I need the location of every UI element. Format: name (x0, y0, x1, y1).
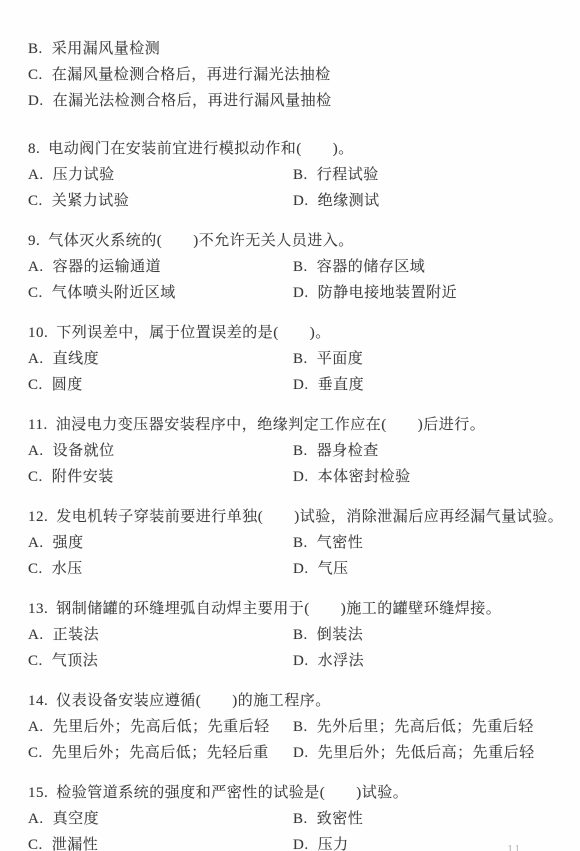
question-number: 10. (28, 325, 48, 341)
option-label: B. (293, 719, 308, 735)
option-label: C. (28, 285, 43, 301)
option-label: B. (28, 41, 43, 57)
option-cell: B.行程试验 (293, 162, 556, 188)
option-label: C. (28, 653, 43, 669)
option-label: B. (293, 351, 308, 367)
option-cell: D.防静电接地装置附近 (293, 280, 556, 306)
option-line: B.采用漏风量检测 (28, 36, 556, 62)
option-line: D.在漏光法检测合格后，再进行漏风量抽检 (28, 88, 556, 114)
option-text: 先里后外；先高后低；先重后轻 (53, 719, 270, 735)
option-label: A. (28, 259, 44, 275)
option-text: 防静电接地装置附近 (318, 285, 458, 301)
option-cell: A.先里后外；先高后低；先重后轻 (28, 714, 293, 740)
option-text: 先里后外；先低后高；先重后轻 (318, 745, 535, 761)
option-text: 在漏风量检测合格后，再进行漏光法抽检 (52, 67, 331, 83)
question-text: 仪表设备安装应遵循( )的施工程序。 (56, 693, 331, 709)
option-text: 关紧力试验 (52, 193, 130, 209)
option-text: 真空度 (53, 811, 100, 827)
option-cell: C.先里后外；先高后低；先轻后重 (28, 740, 293, 766)
option-label: B. (293, 811, 308, 827)
options-grid: A.先里后外；先高后低；先重后轻B.先外后里；先高后低；先重后轻C.先里后外；先… (28, 714, 556, 766)
question-block: 8.电动阀门在安装前宜进行模拟动作和( )。A.压力试验B.行程试验C.关紧力试… (28, 136, 556, 214)
option-text: 气体喷头附近区域 (52, 285, 176, 301)
question-block: 11.油浸电力变压器安装程序中，绝缘判定工作应在( )后进行。A.设备就位B.器… (28, 412, 556, 490)
option-cell: B.容器的储存区域 (293, 254, 556, 280)
option-text: 先外后里；先高后低；先重后轻 (317, 719, 534, 735)
option-label: A. (28, 627, 44, 643)
question-number: 8. (28, 141, 40, 157)
option-text: 气压 (318, 561, 349, 577)
option-label: C. (28, 469, 43, 485)
option-label: C. (28, 745, 43, 761)
option-cell: D.本体密封检验 (293, 464, 556, 490)
option-text: 附件安装 (52, 469, 114, 485)
question-list: 8.电动阀门在安装前宜进行模拟动作和( )。A.压力试验B.行程试验C.关紧力试… (28, 136, 556, 851)
option-text: 器身检查 (317, 443, 379, 459)
option-text: 水压 (52, 561, 83, 577)
option-label: C. (28, 561, 43, 577)
question-block: 12.发电机转子穿装前要进行单独( )试验，消除泄漏后应再经漏气量试验。A.强度… (28, 504, 556, 582)
option-text: 容器的储存区域 (317, 259, 426, 275)
option-cell: B.倒装法 (293, 622, 556, 648)
option-label: D. (293, 745, 309, 761)
option-label: D. (293, 653, 309, 669)
question-block: 10.下列误差中，属于位置误差的是( )。A.直线度B.平面度C.圆度D.垂直度 (28, 320, 556, 398)
question-stem-line: 12.发电机转子穿装前要进行单独( )试验，消除泄漏后应再经漏气量试验。 (28, 504, 556, 530)
option-cell: C.关紧力试验 (28, 188, 293, 214)
question-stem-line: 15.检验管道系统的强度和严密性的试验是( )试验。 (28, 780, 556, 806)
option-label: A. (28, 811, 44, 827)
option-label: C. (28, 67, 43, 83)
exam-page: B.采用漏风量检测C.在漏风量检测合格后，再进行漏光法抽检D.在漏光法检测合格后… (0, 0, 580, 851)
question-block: 13.钢制储罐的环缝埋弧自动焊主要用于( )施工的罐壁环缝焊接。A.正装法B.倒… (28, 596, 556, 674)
option-cell: C.水压 (28, 556, 293, 582)
option-label: D. (293, 285, 309, 301)
option-label: D. (293, 837, 309, 851)
option-text: 压力 (318, 837, 349, 851)
option-cell: A.强度 (28, 530, 293, 556)
option-text: 气顶法 (52, 653, 99, 669)
option-cell: C.圆度 (28, 372, 293, 398)
option-text: 强度 (53, 535, 84, 551)
option-label: D. (293, 193, 309, 209)
option-label: C. (28, 193, 43, 209)
option-text: 圆度 (52, 377, 83, 393)
option-cell: A.直线度 (28, 346, 293, 372)
options-grid: A.压力试验B.行程试验C.关紧力试验D.绝缘测试 (28, 162, 556, 214)
option-label: B. (293, 167, 308, 183)
option-label: D. (28, 93, 44, 109)
question-stem-line: 11.油浸电力变压器安装程序中，绝缘判定工作应在( )后进行。 (28, 412, 556, 438)
question-number: 15. (28, 785, 48, 801)
option-label: B. (293, 259, 308, 275)
question-text: 电动阀门在安装前宜进行模拟动作和( )。 (48, 141, 354, 157)
option-label: B. (293, 535, 308, 551)
question-number: 14. (28, 693, 48, 709)
option-cell: D.绝缘测试 (293, 188, 556, 214)
option-text: 绝缘测试 (318, 193, 380, 209)
question-text: 气体灭火系统的( )不允许无关人员进入。 (48, 233, 354, 249)
question-stem-line: 8.电动阀门在安装前宜进行模拟动作和( )。 (28, 136, 556, 162)
option-label: A. (28, 443, 44, 459)
option-text: 水浮法 (318, 653, 365, 669)
option-label: A. (28, 719, 44, 735)
option-cell: D.先里后外；先低后高；先重后轻 (293, 740, 556, 766)
option-cell: B.先外后里；先高后低；先重后轻 (293, 714, 556, 740)
exam-content: B.采用漏风量检测C.在漏风量检测合格后，再进行漏光法抽检D.在漏光法检测合格后… (0, 0, 580, 851)
option-label: C. (28, 837, 43, 851)
option-label: D. (293, 469, 309, 485)
question-stem-line: 14.仪表设备安装应遵循( )的施工程序。 (28, 688, 556, 714)
question-text: 下列误差中，属于位置误差的是( )。 (56, 325, 331, 341)
option-cell: D.垂直度 (293, 372, 556, 398)
option-text: 压力试验 (53, 167, 115, 183)
option-label: B. (293, 627, 308, 643)
question-text: 检验管道系统的强度和严密性的试验是( )试验。 (56, 785, 408, 801)
question-number: 11. (28, 417, 48, 433)
option-text: 直线度 (53, 351, 100, 367)
options-grid: A.正装法B.倒装法C.气顶法D.水浮法 (28, 622, 556, 674)
question-text: 钢制储罐的环缝埋弧自动焊主要用于( )施工的罐壁环缝焊接。 (56, 601, 501, 617)
question-stem-line: 10.下列误差中，属于位置误差的是( )。 (28, 320, 556, 346)
option-cell: C.气顶法 (28, 648, 293, 674)
question-block: 9.气体灭火系统的( )不允许无关人员进入。A.容器的运输通道B.容器的储存区域… (28, 228, 556, 306)
option-text: 垂直度 (318, 377, 365, 393)
option-cell: B.致密性 (293, 806, 556, 832)
option-text: 倒装法 (317, 627, 364, 643)
option-text: 设备就位 (53, 443, 115, 459)
option-text: 正装法 (53, 627, 100, 643)
option-label: C. (28, 377, 43, 393)
option-cell: B.平面度 (293, 346, 556, 372)
option-cell: A.正装法 (28, 622, 293, 648)
option-text: 致密性 (317, 811, 364, 827)
question-number: 12. (28, 509, 48, 525)
option-label: D. (293, 377, 309, 393)
options-grid: A.容器的运输通道B.容器的储存区域C.气体喷头附近区域D.防静电接地装置附近 (28, 254, 556, 306)
option-cell: D.气压 (293, 556, 556, 582)
option-text: 采用漏风量检测 (52, 41, 161, 57)
options-grid: A.真空度B.致密性C.泄漏性D.压力 (28, 806, 556, 851)
option-text: 平面度 (317, 351, 364, 367)
option-label: A. (28, 351, 44, 367)
option-text: 泄漏性 (52, 837, 99, 851)
previous-question-options: B.采用漏风量检测C.在漏风量检测合格后，再进行漏光法抽检D.在漏光法检测合格后… (28, 36, 556, 114)
option-cell: C.附件安装 (28, 464, 293, 490)
option-line: C.在漏风量检测合格后，再进行漏光法抽检 (28, 62, 556, 88)
question-text: 发电机转子穿装前要进行单独( )试验，消除泄漏后应再经漏气量试验。 (56, 509, 563, 525)
options-grid: A.强度B.气密性C.水压D.气压 (28, 530, 556, 582)
option-text: 在漏光法检测合格后，再进行漏风量抽检 (53, 93, 332, 109)
option-text: 本体密封检验 (318, 469, 411, 485)
question-block: 14.仪表设备安装应遵循( )的施工程序。A.先里后外；先高后低；先重后轻B.先… (28, 688, 556, 766)
option-text: 容器的运输通道 (53, 259, 162, 275)
question-text: 油浸电力变压器安装程序中，绝缘判定工作应在( )后进行。 (56, 417, 486, 433)
options-grid: A.设备就位B.器身检查C.附件安装D.本体密封检验 (28, 438, 556, 490)
option-cell: A.真空度 (28, 806, 293, 832)
option-text: 先里后外；先高后低；先轻后重 (52, 745, 269, 761)
question-stem-line: 13.钢制储罐的环缝埋弧自动焊主要用于( )施工的罐壁环缝焊接。 (28, 596, 556, 622)
option-cell: B.器身检查 (293, 438, 556, 464)
option-label: D. (293, 561, 309, 577)
option-text: 行程试验 (317, 167, 379, 183)
option-label: A. (28, 167, 44, 183)
option-cell: B.气密性 (293, 530, 556, 556)
question-number: 13. (28, 601, 48, 617)
question-stem-line: 9.气体灭火系统的( )不允许无关人员进入。 (28, 228, 556, 254)
question-block: 15.检验管道系统的强度和严密性的试验是( )试验。A.真空度B.致密性C.泄漏… (28, 780, 556, 851)
option-cell: A.设备就位 (28, 438, 293, 464)
options-grid: A.直线度B.平面度C.圆度D.垂直度 (28, 346, 556, 398)
option-cell: D.水浮法 (293, 648, 556, 674)
option-text: 气密性 (317, 535, 364, 551)
page-number-partial: 11 (507, 843, 522, 851)
option-cell: A.压力试验 (28, 162, 293, 188)
option-cell: A.容器的运输通道 (28, 254, 293, 280)
option-label: B. (293, 443, 308, 459)
option-cell: C.泄漏性 (28, 832, 293, 851)
question-number: 9. (28, 233, 40, 249)
option-label: A. (28, 535, 44, 551)
option-cell: C.气体喷头附近区域 (28, 280, 293, 306)
